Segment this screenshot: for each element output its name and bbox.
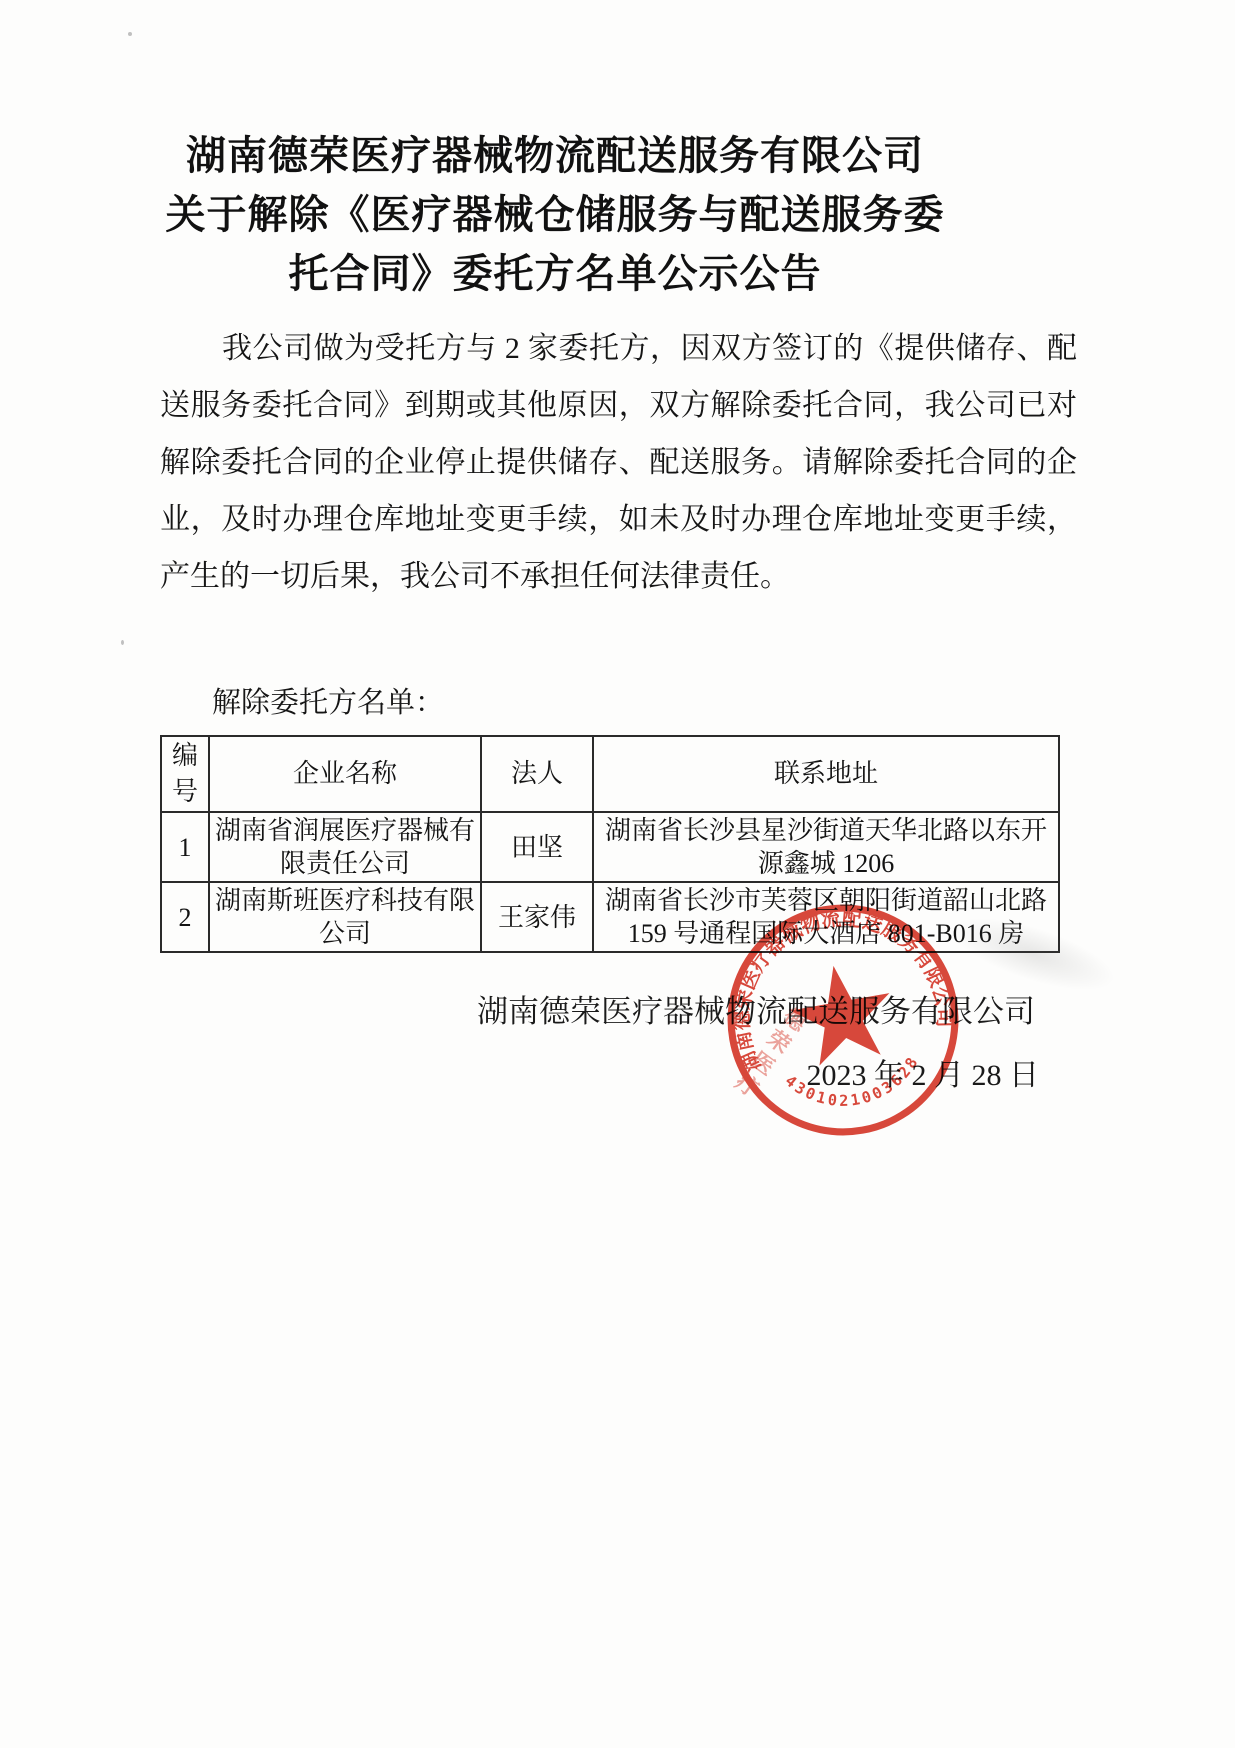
cell-address: 湖南省长沙县星沙街道天华北路以东开源鑫城 1206 [593,812,1059,882]
table-row: 1 湖南省润展医疗器械有限责任公司 田坚 湖南省长沙县星沙街道天华北路以东开源鑫… [161,812,1059,882]
delist-label: 解除委托方名单： [212,680,444,721]
header-legal-person: 法人 [481,736,593,812]
cell-legal-person: 王家伟 [481,882,593,952]
notice-title: 湖南德荣医疗器械物流配送服务有限公司 关于解除《医疗器械仓储服务与配送服务委 托… [100,126,1010,303]
title-line-1: 湖南德荣医疗器械物流配送服务有限公司 [100,126,1010,185]
cell-legal-person: 田坚 [481,812,593,882]
header-address: 联系地址 [593,736,1059,812]
cell-company: 湖南斯班医疗科技有限公司 [209,882,481,952]
title-line-2: 关于解除《医疗器械仓储服务与配送服务委 [100,185,1010,244]
cell-number: 2 [161,882,209,952]
table-header-row: 编号 企业名称 法人 联系地址 [161,736,1059,812]
seal-graphic: 湖南德荣医疗器械物流配送服务有限公司 4301021003628 [704,881,982,1159]
cell-number: 1 [161,812,209,882]
header-company: 企业名称 [209,736,481,812]
cell-company: 湖南省润展医疗器械有限责任公司 [209,812,481,882]
notice-body-paragraph: 我公司做为受托方与 2 家委托方，因双方签订的《提供储存、配送服务委托合同》到期… [160,320,1077,605]
scan-speck [128,32,132,36]
document-page: 湖南德荣医疗器械物流配送服务有限公司 关于解除《医疗器械仓储服务与配送服务委 托… [0,0,1235,1748]
company-seal-stamp: 湖南德荣医疗器械物流配送服务有限公司 4301021003628 德荣医疗 [704,881,982,1159]
header-number: 编号 [161,736,209,812]
title-line-3: 托合同》委托方名单公示公告 [100,244,1010,303]
scan-speck [121,640,124,645]
